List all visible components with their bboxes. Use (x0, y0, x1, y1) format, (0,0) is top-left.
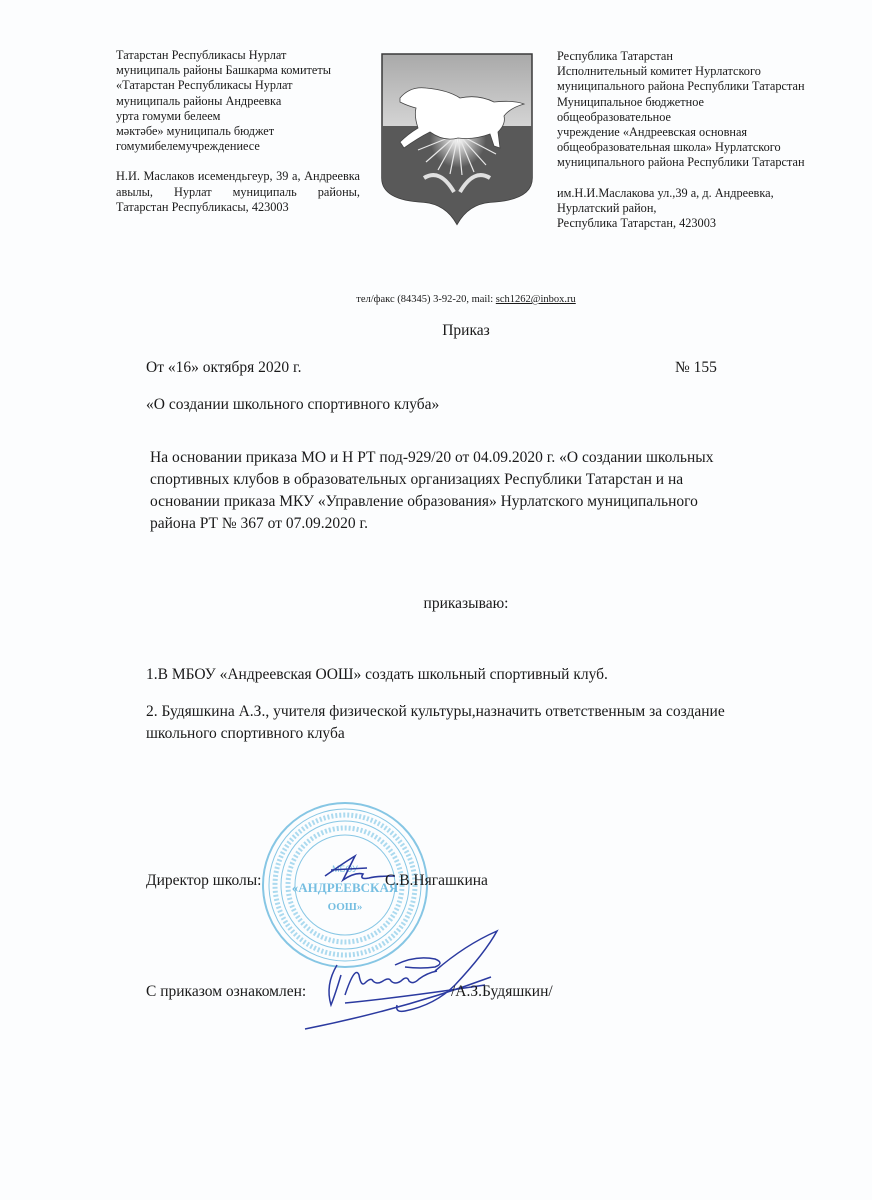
document-title: Приказ (0, 322, 872, 340)
header-right-line: муниципального района Республики Татарст… (557, 79, 837, 94)
header-right-line: общеобразовательная школа» Нурлатского (557, 140, 837, 155)
header-right-line: Республика Татарстан (557, 49, 837, 64)
header-right-russian: Республика Татарстан Исполнительный коми… (557, 49, 837, 231)
header-left-line: муниципаль районы Башкарма комитеты (116, 63, 360, 78)
header-right-address-line: Республика Татарстан, 423003 (557, 216, 837, 231)
order-item-1: 1.В МБОУ «Андреевская ООШ» создать школь… (146, 666, 608, 684)
basis-line: спортивных клубов в образовательных орга… (150, 469, 790, 491)
svg-text:ООШ»: ООШ» (328, 901, 363, 913)
header-left-line: гомумибелемучреждениесе (116, 139, 360, 154)
header-right-address-line: Нурлатский район, (557, 201, 837, 216)
header-left-line: Татарстан Республикасы Нурлат (116, 48, 360, 63)
header-right-address-line: им.Н.И.Маслакова ул.,39 а, д. Андреевка, (557, 186, 837, 201)
header-right-line: муниципального района Республики Татарст… (557, 155, 837, 170)
acknowledgement-signature (285, 925, 525, 1035)
signature-icon (285, 925, 525, 1035)
order-item-line: школьного спортивного клуба (146, 723, 725, 745)
header-right-line: Муниципальное бюджетное (557, 95, 837, 110)
phone-text: тел/факс (84345) 3-92-20, mail: (356, 294, 496, 305)
order-number: № 155 (675, 359, 717, 377)
header-right-line: учреждение «Андреевская основная (557, 125, 837, 140)
director-name: С.В.Нягашкина (385, 872, 488, 890)
basis-line: На основании приказа МО и Н РТ под-929/2… (150, 447, 790, 469)
order-item-line: 2. Будяшкина А.З., учителя физической ку… (146, 701, 725, 723)
header-left-line: урта гомуми белеем (116, 109, 360, 124)
order-item-2: 2. Будяшкина А.З., учителя физической ку… (146, 701, 725, 745)
header-right-line: общеобразовательное (557, 110, 837, 125)
basis-line: района РТ № 367 от 07.09.2020 г. (150, 513, 790, 535)
coat-of-arms-emblem (378, 50, 536, 228)
document-page: Татарстан Республикасы Нурлат муниципаль… (0, 0, 872, 1200)
horse-emblem-icon (378, 50, 536, 228)
acknowledgement-name: /А.З.Будяшкин/ (451, 983, 553, 1001)
order-date: От «16» октября 2020 г. (146, 359, 302, 377)
order-word: приказываю: (0, 595, 872, 613)
basis-line: основании приказа МКУ «Управление образо… (150, 491, 790, 513)
header-left-address: Н.И. Маслаков исемендьгеур, 39 а, Андрее… (116, 169, 360, 215)
email-link[interactable]: sch1262@inbox.ru (496, 294, 576, 305)
director-label: Директор школы: (146, 872, 261, 890)
contact-line: тел/факс (84345) 3-92-20, mail: sch1262@… (0, 294, 872, 305)
header-left-line: мәктәбе» муниципаль бюджет (116, 124, 360, 139)
header-left-tatar: Татарстан Республикасы Нурлат муниципаль… (116, 48, 360, 215)
acknowledgement-label: С приказом ознакомлен: (146, 983, 306, 1001)
order-subject: «О создании школьного спортивного клуба» (146, 396, 439, 414)
header-left-line: «Татарстан Республикасы Нурлат (116, 78, 360, 93)
basis-paragraph: На основании приказа МО и Н РТ под-929/2… (150, 447, 790, 535)
header-right-line: Исполнительный комитет Нурлатского (557, 64, 837, 79)
header-left-line: муниципаль районы Андреевка (116, 94, 360, 109)
